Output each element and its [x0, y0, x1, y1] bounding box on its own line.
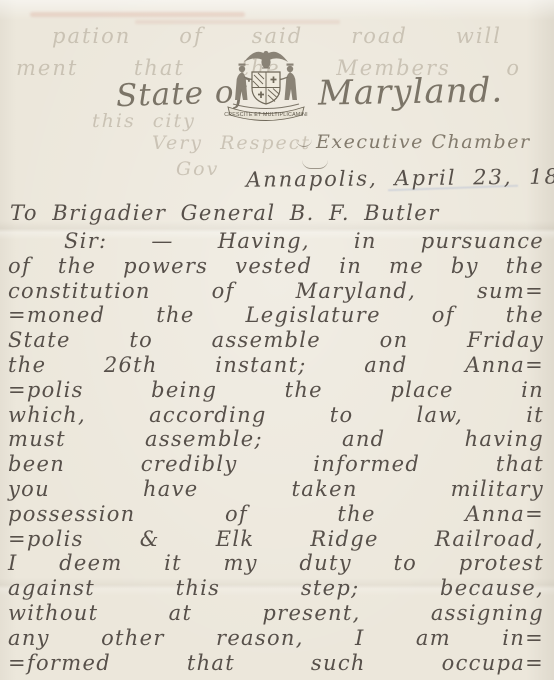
letter-body: Sir: — Having, in pursuance of the power…: [8, 229, 544, 675]
bleed-through-fragment: this city: [92, 110, 196, 132]
letter-line: =polis being the place in: [8, 378, 544, 403]
crest-motto: CRESCITE ET MULTIPLICAMINI: [224, 112, 308, 118]
bleed-through-fragment: ment that the Members o: [16, 56, 521, 80]
letter-line: =formed that such occupa=: [8, 651, 544, 676]
letter-line: which, according to law, it: [8, 403, 544, 428]
recipient-line: To Brigadier General B. F. Butler: [10, 201, 440, 225]
letter-line: the 26th instant; and Anna=: [8, 353, 544, 378]
letter-line: constitution of Maryland, sum=: [8, 279, 544, 304]
letter-line: I deem it my duty to protest: [8, 551, 544, 576]
letter-line: State to assemble on Friday: [8, 328, 544, 353]
letter-page: pation of said road will ment that the M…: [0, 0, 554, 680]
bleed-through-fragment: Very Respect: [152, 132, 311, 154]
letter-line: =polis & Elk Ridge Railroad,: [8, 527, 544, 552]
letter-line: must assemble; and having: [8, 427, 544, 452]
letter-line: without at present, assigning: [8, 601, 544, 626]
bleed-through-fragment: pation of said road will: [52, 24, 502, 48]
letter-line: been credibly informed that: [8, 452, 544, 477]
letter-line: you have taken military: [8, 477, 544, 502]
letter-line: against this step; because,: [8, 576, 544, 601]
letter-line: Sir: — Having, in pursuance: [8, 229, 544, 254]
letter-line: =moned the Legislature of the: [8, 303, 544, 328]
letter-line: of the powers vested in me by the: [8, 254, 544, 279]
letter-line: any other reason, I am in=: [8, 626, 544, 651]
dateline: Annapolis, April 23, 1861: [246, 164, 554, 192]
bleed-through-fragment: Gov: [176, 158, 219, 180]
red-stamp-smudge: [30, 12, 245, 17]
letter-line: possession of the Anna=: [8, 502, 544, 527]
